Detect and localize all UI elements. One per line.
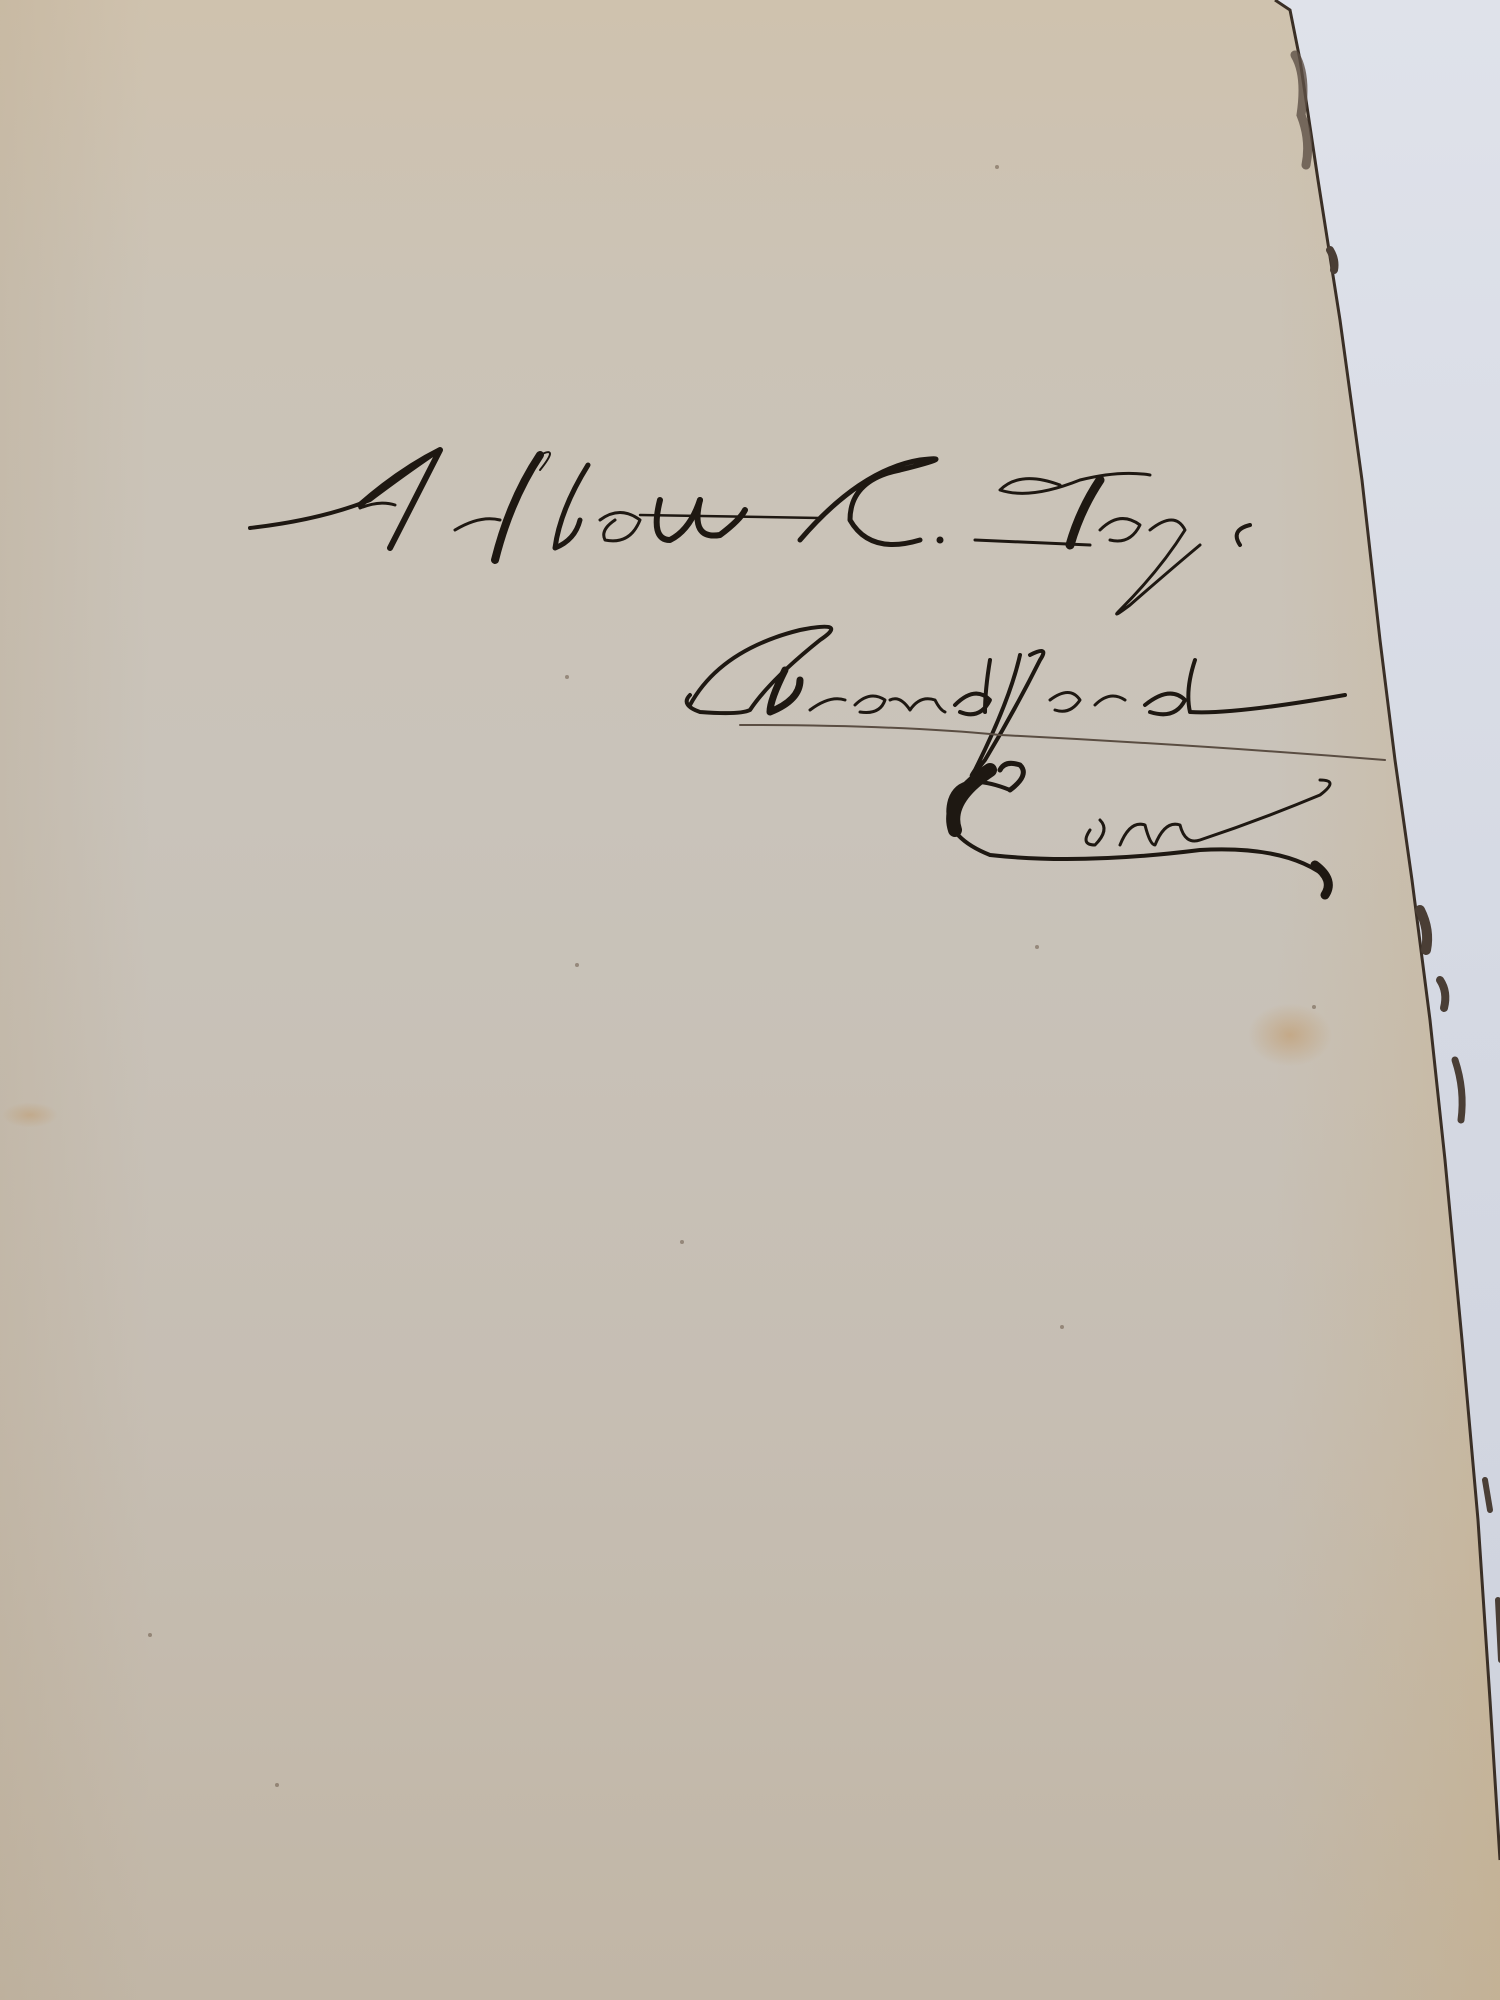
paper-speck	[995, 165, 999, 169]
paper-speck	[1060, 1325, 1064, 1329]
paper-speck	[1035, 945, 1039, 949]
paper-speck	[148, 1633, 152, 1637]
paper-speck	[680, 1240, 684, 1244]
paper-speck	[565, 675, 569, 679]
book-flyleaf-page	[0, 0, 1500, 2000]
paper-speck	[575, 963, 579, 967]
paper-speck	[275, 1783, 279, 1787]
paper-speck	[1312, 1005, 1316, 1009]
